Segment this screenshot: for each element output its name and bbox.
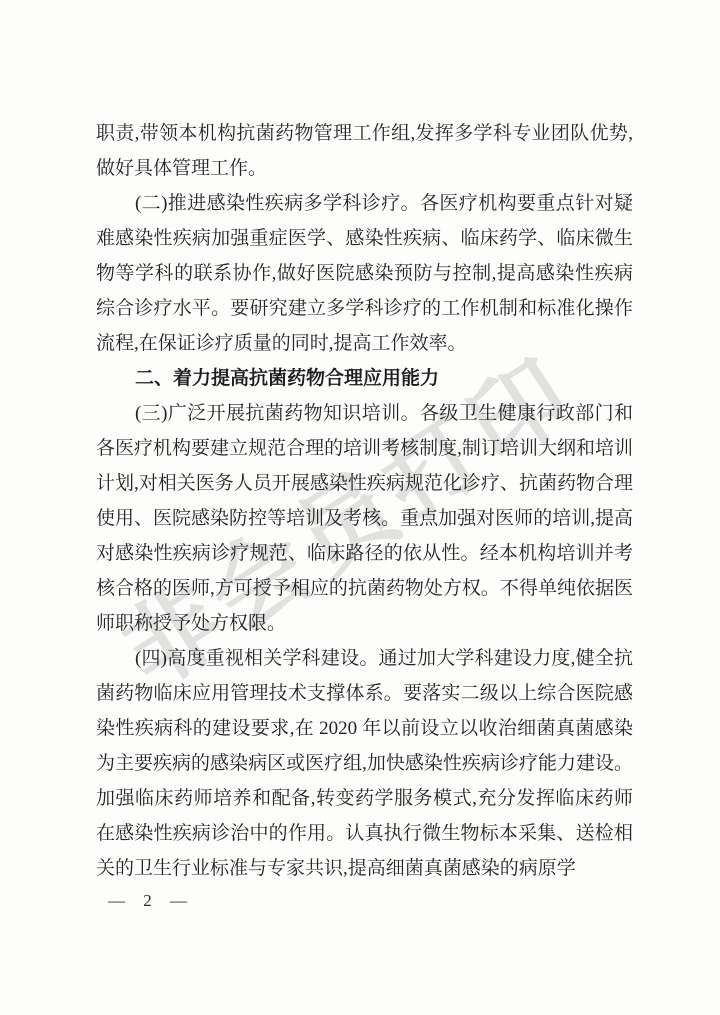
document-body: 职责,带领本机构抗菌药物管理工作组,发挥多学科专业团队优势,做好具体管理工作。 … — [96, 116, 633, 886]
paragraph-section-3: (三)广泛开展抗菌药物知识培训。各级卫生健康行政部门和各医疗机构要建立规范合理的… — [96, 396, 633, 641]
paragraph-section-4: (四)高度重视相关学科建设。通过加大学科建设力度,健全抗菌药物临床应用管理技术支… — [96, 641, 633, 886]
page-number: — 2 — — [108, 891, 188, 911]
document-page: 非会员打印 职责,带领本机构抗菌药物管理工作组,发挥多学科专业团队优势,做好具体… — [0, 0, 720, 1015]
paragraph-continuation: 职责,带领本机构抗菌药物管理工作组,发挥多学科专业团队优势,做好具体管理工作。 — [96, 116, 633, 186]
paragraph-section-2: (二)推进感染性疾病多学科诊疗。各医疗机构要重点针对疑难感染性疾病加强重症医学、… — [96, 186, 633, 361]
section-heading-2: 二、着力提高抗菌药物合理应用能力 — [96, 361, 633, 396]
